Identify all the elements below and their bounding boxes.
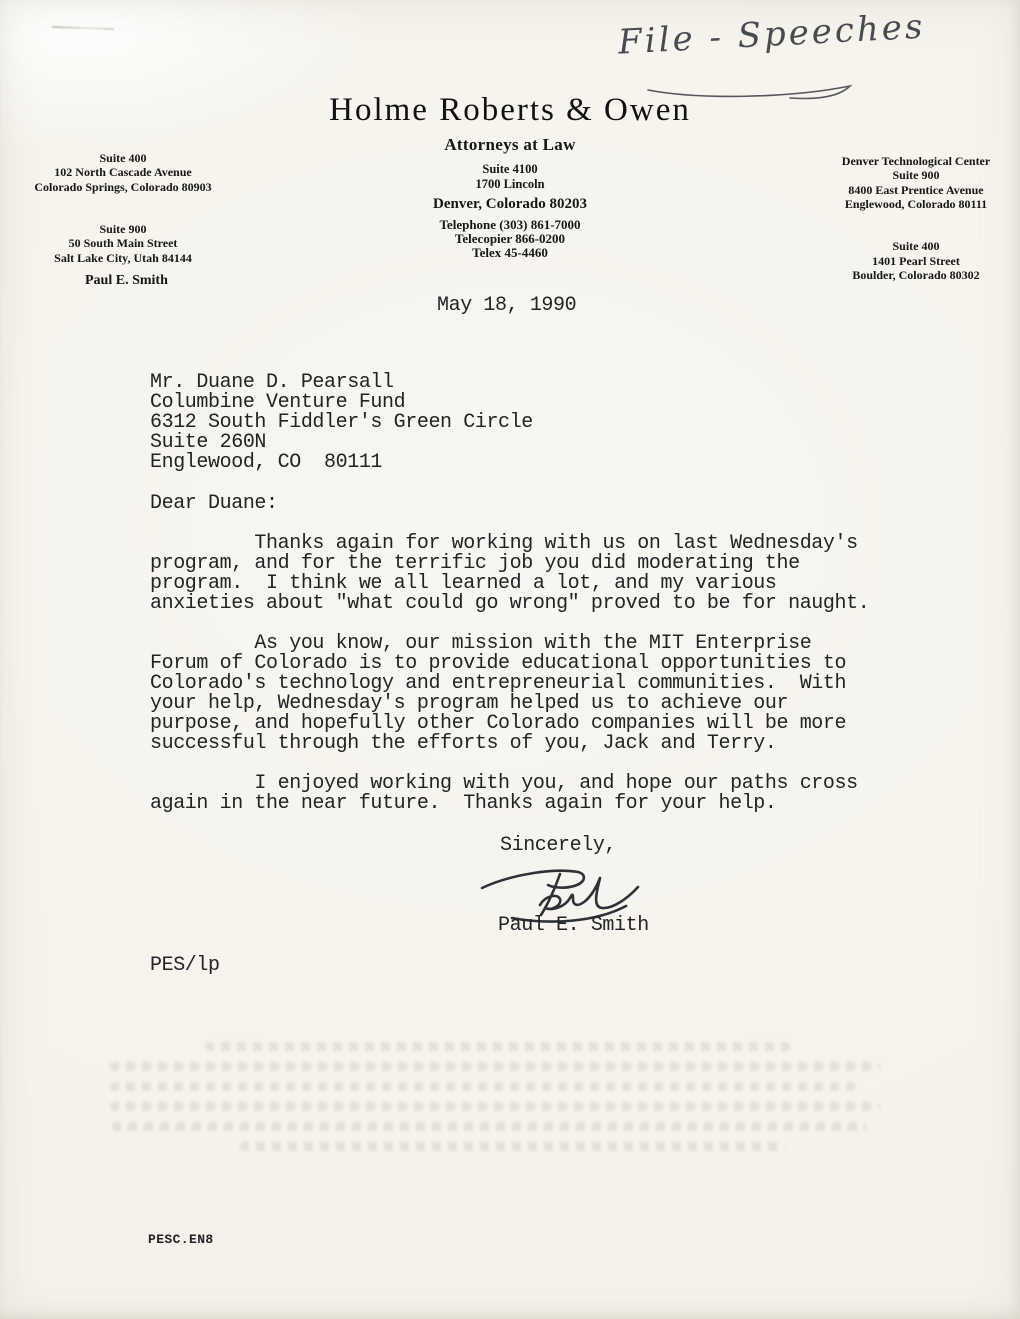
salt-lake-city-office: Suite 900 50 South Main Street Salt Lake… — [54, 222, 192, 265]
colorado-springs-office: Suite 400 102 North Cascade Avenue Color… — [34, 151, 211, 194]
bleed-through-text-line — [112, 1122, 867, 1131]
bleed-through-text-line — [110, 1062, 880, 1071]
spacer — [816, 212, 1016, 225]
bleed-through-text-line — [240, 1142, 785, 1151]
document-file-code: PESC.EN8 — [148, 1230, 214, 1250]
bleed-through-text-line — [110, 1102, 880, 1111]
recipient-address: Mr. Duane D. Pearsall Columbine Venture … — [150, 373, 533, 473]
filing-note-handwriting: File - Speeches — [617, 5, 949, 62]
branch-offices-right: Denver Technological Center Suite 900 84… — [816, 139, 1016, 283]
salutation: Dear Duane: — [150, 494, 278, 514]
firm-name: Holme Roberts & Owen — [0, 92, 1020, 129]
boulder-office: Suite 400 1401 Pearl Street Boulder, Col… — [852, 239, 979, 282]
paper-crease — [52, 26, 114, 30]
spacer — [27, 194, 219, 207]
letter-date: May 18, 1990 — [437, 296, 576, 316]
body-paragraph-2: As you know, our mission with the MIT En… — [150, 634, 846, 754]
letter-page: File - Speeches Holme Roberts & Owen Att… — [0, 0, 1020, 1319]
letterhead-author-name: Paul E. Smith — [85, 273, 168, 289]
bleed-through-text-line — [205, 1042, 790, 1051]
typist-reference: PES/lp — [150, 956, 220, 976]
bleed-through-text-line — [110, 1082, 855, 1091]
signer-name: Paul E. Smith — [498, 916, 649, 936]
englewood-office: Denver Technological Center Suite 900 84… — [842, 154, 990, 212]
branch-offices-left: Suite 400 102 North Cascade Avenue Color… — [27, 136, 219, 265]
body-paragraph-1: Thanks again for working with us on last… — [150, 534, 869, 614]
closing: Sincerely, — [500, 836, 616, 856]
body-paragraph-3: I enjoyed working with you, and hope our… — [150, 774, 858, 814]
